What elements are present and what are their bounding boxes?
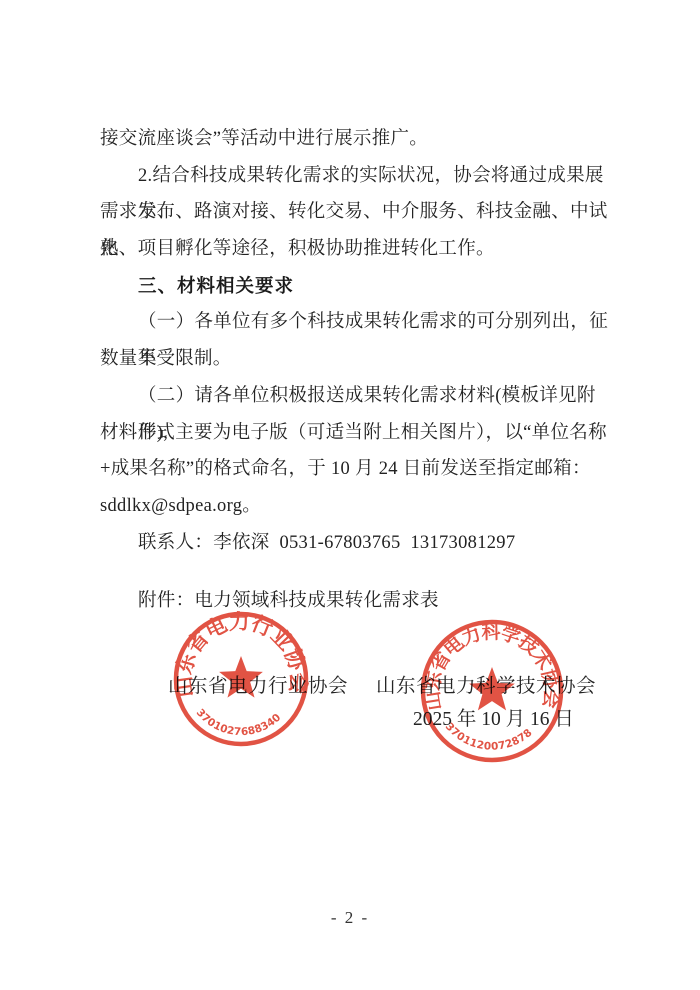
document-page: 接交流座谈会”等活动中进行展示推广。 2.结合科技成果转化需求的实际状况，协会将… [0,0,700,990]
signature-org-left: 山东省电力行业协会 [168,670,348,698]
svg-text:山东省电力科学技术协会: 山东省电力科学技术协会 [420,620,563,712]
body-line: （二）请各单位积极报送成果转化需求材料(模板详见附件), [100,378,614,415]
seal-number-text: 3701027688340 [194,707,285,739]
attachment-line: 附件：电力领域科技成果转化需求表 [100,583,614,620]
signature-org-right: 山东省电力科学技术协会 [376,670,596,698]
body-line: 化、项目孵化等途径，积极协助推进转化工作。 [100,231,614,268]
body-line: 材料形式主要为电子版（可适当附上相关图片），以“单位名称 [100,415,614,452]
signature-date: 2025 年 10 月 16 日 [413,703,574,731]
contact-line: 联系人：李依深 0531-67803765 13173081297 [100,525,614,562]
body-line: 数量不受限制。 [100,341,614,378]
page-number: - 2 - [0,908,700,928]
svg-text:3701027688340: 3701027688340 [194,707,285,739]
body-line: 需求发布、路演对接、转化交易、中介服务、科技金融、中试熟 [100,194,614,231]
body-line: 2.结合科技成果转化需求的实际状况，协会将通过成果展示、 [100,158,614,195]
email-line: sddlkx@sdpea.org。 [100,488,614,525]
seal-org-text: 山东省电力科学技术协会 [420,620,563,712]
document-body: 接交流座谈会”等活动中进行展示推广。 2.结合科技成果转化需求的实际状况，协会将… [100,121,614,620]
body-line: （一）各单位有多个科技成果转化需求的可分别列出，征集 [100,304,614,341]
body-line: 接交流座谈会”等活动中进行展示推广。 [100,121,614,158]
section-heading: 三、材料相关要求 [100,268,614,305]
body-line: +成果名称”的格式命名，于 10 月 24 日前发送至指定邮箱： [100,451,614,488]
